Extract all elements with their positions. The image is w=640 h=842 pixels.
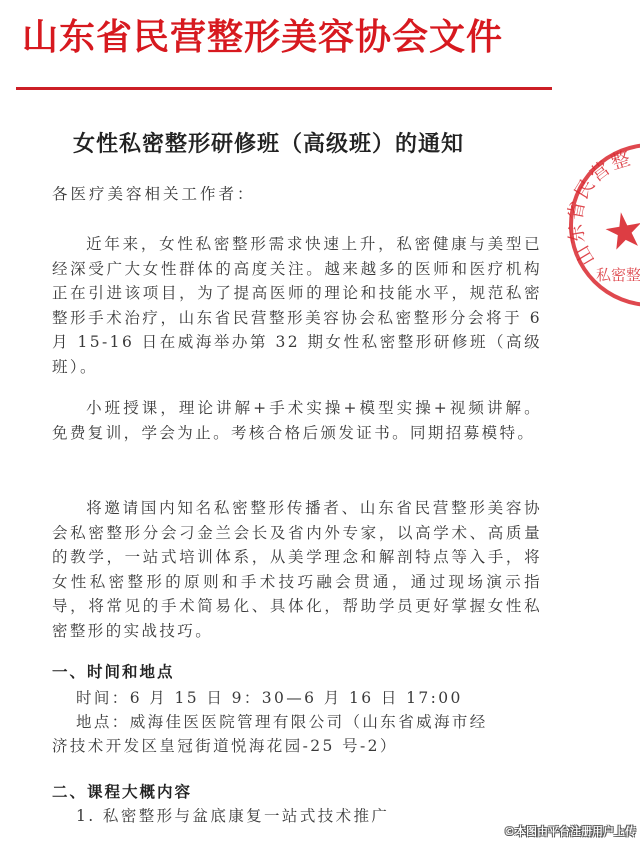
section-heading-time-place: 一、时间和地点 <box>52 660 175 682</box>
place-line: 地点：威海佳医医院管理有限公司（山东省威海市经 <box>76 710 488 732</box>
letterhead-title: 山东省民营整形美容协会文件 <box>22 14 503 62</box>
paragraph-intro: 近年来，女性私密整形需求快速上升，私密健康与美型已经深受广大女性群体的高度关注。… <box>52 232 542 379</box>
letterhead-rule <box>16 87 552 90</box>
document-title: 女性私密整形研修班（高级班）的通知 <box>73 127 464 158</box>
svg-text:山东省民营整: 山东省民营整 <box>566 147 635 269</box>
svg-text:私密整: 私密整 <box>596 266 640 284</box>
section-heading-course: 二、课程大概内容 <box>52 780 192 802</box>
upload-watermark: ©本图由平台注册用户上传 <box>504 823 636 839</box>
paragraph-experts: 将邀请国内知名私密整形传播者、山东省民营整形美容协会私密整形分会刁金兰会长及省内… <box>52 496 542 643</box>
seal-stamp-icon: 山东省民营整 私密整 <box>566 140 640 310</box>
salutation: 各医疗美容相关工作者： <box>52 182 256 204</box>
official-seal: 山东省民营整 私密整 <box>566 140 640 310</box>
course-item: 1. 私密整形与盆底康复一站式技术推广 <box>76 804 389 826</box>
paragraph-format: 小班授课，理论讲解+手术实操+模型实操+视频讲解。免费复训，学会为止。考核合格后… <box>52 396 542 445</box>
time-line: 时间：6 月 15 日 9：30—6 月 16 日 17:00 <box>76 686 463 708</box>
place-line-continued: 济技术开发区皇冠街道悦海花园-25 号-2） <box>52 734 398 756</box>
